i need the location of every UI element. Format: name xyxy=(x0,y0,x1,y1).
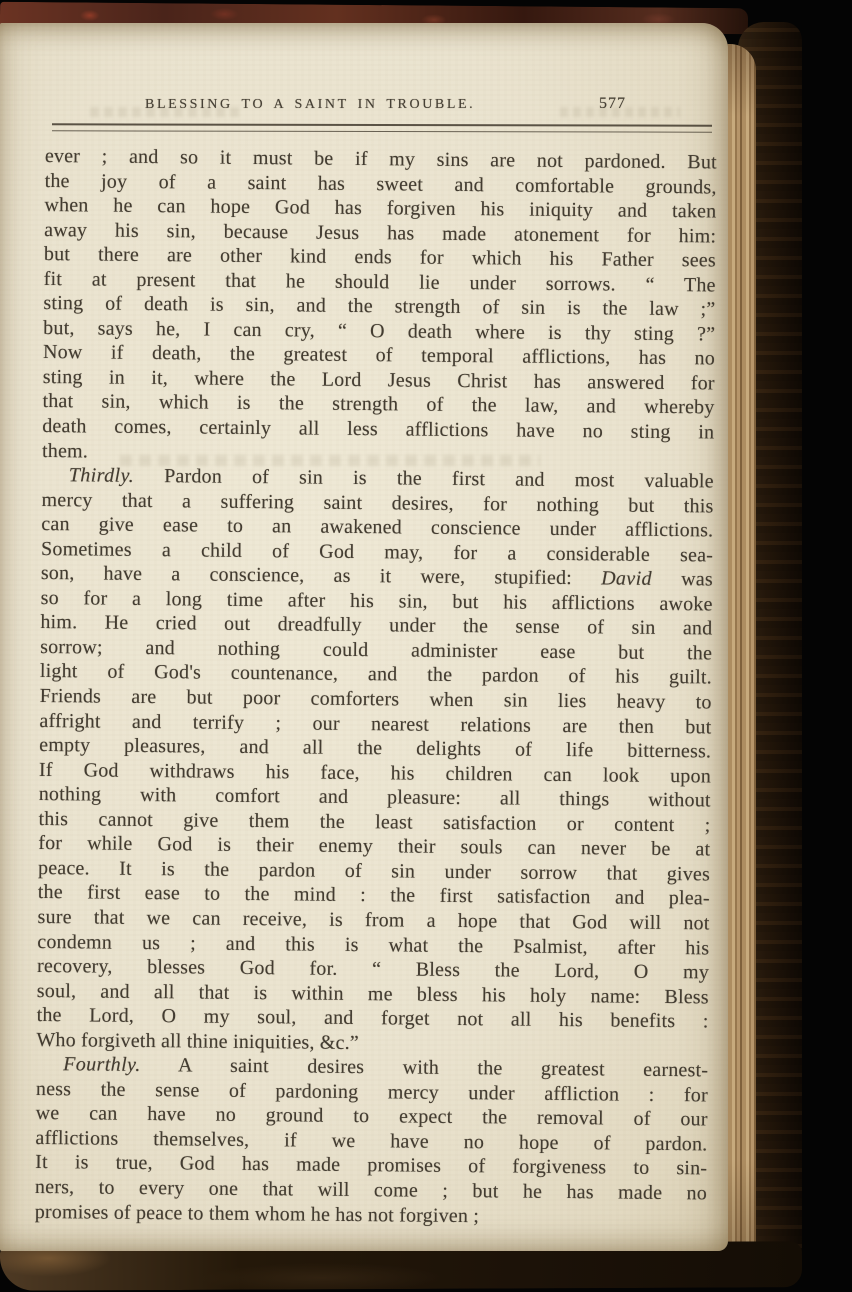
book-photograph: BLESSING TO A SAINT IN TROUBLE. 577 ever… xyxy=(0,0,852,1292)
running-head-title: BLESSING TO A SAINT IN TROUBLE. xyxy=(145,97,461,113)
paragraph: ever ; and so it must be if my sins are … xyxy=(42,144,717,470)
paragraph: Thirdly. Pardon of sin is the first and … xyxy=(36,463,714,1059)
book-page: BLESSING TO A SAINT IN TROUBLE. 577 ever… xyxy=(0,23,728,1251)
running-head: BLESSING TO A SAINT IN TROUBLE. 577 xyxy=(0,97,728,119)
paragraph: Fourthly. A saint desires with the great… xyxy=(35,1052,709,1230)
header-double-rule xyxy=(52,123,712,132)
page-number: 577 xyxy=(599,95,626,113)
page-body: ever ; and so it must be if my sins are … xyxy=(35,144,717,1230)
